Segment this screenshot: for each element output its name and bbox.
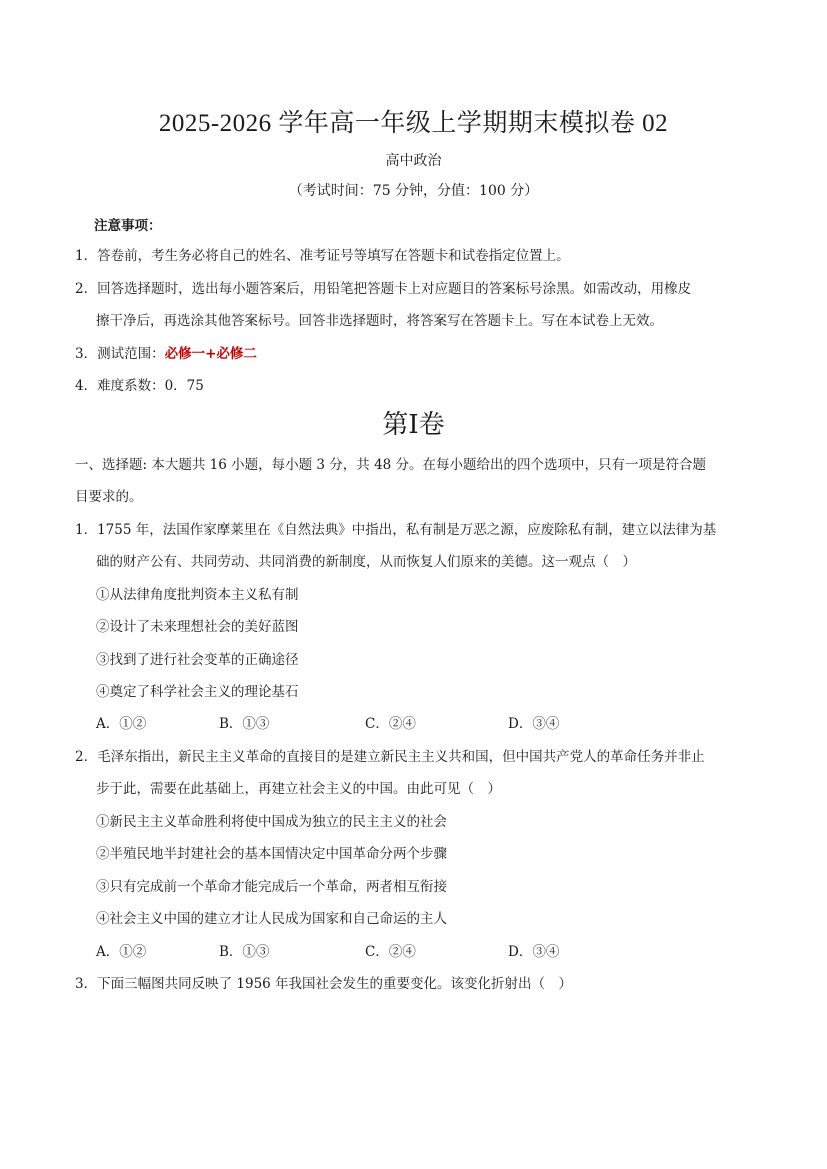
question-2-statement-3: ③只有完成前一个革命才能完成后一个革命，两者相互衔接 bbox=[96, 877, 447, 897]
question-1-choice-b[interactable]: B．①③ bbox=[219, 714, 269, 734]
question-2-statement-2: ②半殖民地半封建社会的基本国情决定中国革命分两个步骤 bbox=[96, 844, 447, 864]
section-title: 第Ⅰ卷 bbox=[0, 408, 827, 442]
question-1-choice-c[interactable]: C．②④ bbox=[365, 714, 416, 734]
notice-number: 2． bbox=[75, 281, 97, 297]
exam-info: （考试时间：75 分钟，分值：100 分） bbox=[0, 181, 827, 201]
test-scope-value: 必修一+必修二 bbox=[165, 346, 257, 362]
notice-label: 测试范围： bbox=[97, 346, 165, 362]
question-2-choice-b[interactable]: B．①③ bbox=[219, 942, 269, 962]
notice-text: 回答选择题时，选出每小题答案后，用铅笔把答题卡上对应题目的答案标号涂黑。如需改动… bbox=[97, 281, 691, 297]
notice-number: 4． bbox=[75, 378, 97, 394]
notice-number: 1． bbox=[75, 248, 97, 264]
exam-page: 2025-2026 学年高一年级上学期期末模拟卷 02 高中政治 （考试时间：7… bbox=[0, 0, 827, 1169]
notice-item-2: 2．回答选择题时，选出每小题答案后，用铅笔把答题卡上对应题目的答案标号涂黑。如需… bbox=[75, 279, 691, 299]
notice-item-1: 1．答卷前，考生务必将自己的姓名、准考证号等填写在答题卡和试卷指定位置上。 bbox=[75, 246, 570, 266]
question-1-statement-4: ④奠定了科学社会主义的理论基石 bbox=[96, 682, 299, 702]
notice-label: 难度系数： bbox=[97, 378, 165, 394]
question-2-stem: 2．毛泽东指出，新民主主义革命的直接目的是建立新民主主义共和国，但中国共产党人的… bbox=[75, 747, 705, 767]
question-number: 1． bbox=[75, 522, 97, 538]
question-2-choice-c[interactable]: C．②④ bbox=[365, 942, 416, 962]
question-number: 3． bbox=[75, 976, 97, 992]
notice-number: 3． bbox=[75, 346, 97, 362]
question-1-statement-3: ③找到了进行社会变革的正确途径 bbox=[96, 650, 299, 670]
question-1-stem: 1．1755 年，法国作家摩莱里在《自然法典》中指出，私有制是万恶之源，应废除私… bbox=[75, 520, 716, 540]
question-2-statement-4: ④社会主义中国的建立才让人民成为国家和自己命运的主人 bbox=[96, 909, 447, 929]
section-instructions-continued: 目要求的。 bbox=[75, 487, 143, 507]
notice-heading: 注意事项： bbox=[94, 216, 162, 236]
notice-text: 答卷前，考生务必将自己的姓名、准考证号等填写在答题卡和试卷指定位置上。 bbox=[97, 248, 570, 264]
exam-title: 2025-2026 学年高一年级上学期期末模拟卷 02 bbox=[0, 108, 827, 140]
question-2-statement-1: ①新民主主义革命胜利将使中国成为独立的民主主义的社会 bbox=[96, 812, 447, 832]
question-1-choice-d[interactable]: D．③④ bbox=[508, 714, 559, 734]
question-3-stem: 3．下面三幅图共同反映了 1956 年我国社会发生的重要变化。该变化折射出（ ） bbox=[75, 974, 572, 994]
notice-item-2-continued: 擦干净后，再选涂其他答案标号。回答非选择题时，将答案写在答题卡上。写在本试卷上无… bbox=[96, 311, 663, 331]
question-2-choice-d[interactable]: D．③④ bbox=[508, 942, 559, 962]
question-text: 1755 年，法国作家摩莱里在《自然法典》中指出，私有制是万恶之源，应废除私有制… bbox=[97, 522, 716, 538]
section-instructions: 一、选择题: 本大题共 16 小题，每小题 3 分，共 48 分。在每小题给出的… bbox=[75, 455, 706, 475]
question-text: 毛泽东指出，新民主主义革命的直接目的是建立新民主主义共和国，但中国共产党人的革命… bbox=[97, 749, 705, 765]
question-text: 下面三幅图共同反映了 1956 年我国社会发生的重要变化。该变化折射出（ ） bbox=[97, 976, 572, 992]
notice-item-4: 4．难度系数：0．75 bbox=[75, 376, 204, 396]
question-1-statement-2: ②设计了未来理想社会的美好蓝图 bbox=[96, 617, 299, 637]
question-number: 2． bbox=[75, 749, 97, 765]
notice-item-3: 3．测试范围：必修一+必修二 bbox=[75, 344, 257, 364]
question-2-choice-a[interactable]: A．①② bbox=[96, 942, 146, 962]
difficulty-value: 0．75 bbox=[165, 378, 204, 394]
question-2-stem-continued: 步于此，需要在此基础上，再建立社会主义的中国。由此可见（ ） bbox=[96, 779, 501, 799]
question-1-stem-continued: 础的财产公有、共同劳动、共同消费的新制度，从而恢复人们原来的美德。这一观点（ ） bbox=[96, 552, 636, 572]
question-1-choice-a[interactable]: A．①② bbox=[96, 714, 146, 734]
question-1-statement-1: ①从法律角度批判资本主义私有制 bbox=[96, 585, 299, 605]
exam-subject: 高中政治 bbox=[0, 151, 827, 171]
